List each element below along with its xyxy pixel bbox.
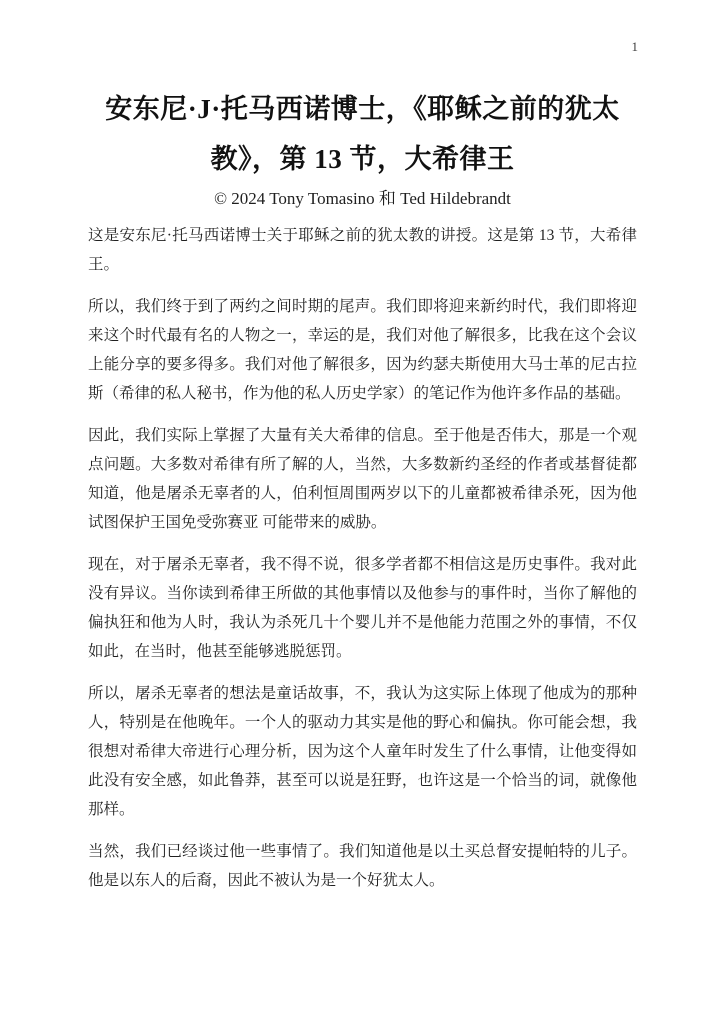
copyright-line: © 2024 Tony Tomasino 和 Ted Hildebrandt: [88, 187, 637, 211]
title-line-1: 安东尼·J·托马西诺博士，《耶稣之前的犹太: [88, 84, 637, 134]
document-page: 1 安东尼·J·托马西诺博士，《耶稣之前的犹太 教》，第 13 节，大希律王 ©…: [0, 0, 724, 1024]
paragraph: 所以，屠杀无辜者的想法是童话故事，不，我认为这实际上体现了他成为的那种人，特别是…: [88, 679, 637, 824]
paragraph: 这是安东尼·托马西诺博士关于耶稣之前的犹太教的讲授。这是第 13 节，大希律王。: [88, 221, 637, 279]
paragraph: 当然，我们已经谈过他一些事情了。我们知道他是以土买总督安提帕特的儿子。他是以东人…: [88, 837, 637, 895]
document-body: 这是安东尼·托马西诺博士关于耶稣之前的犹太教的讲授。这是第 13 节，大希律王。…: [88, 221, 637, 895]
title-line-2: 教》，第 13 节，大希律王: [88, 134, 637, 184]
page-content: 安东尼·J·托马西诺博士，《耶稣之前的犹太 教》，第 13 节，大希律王 © 2…: [88, 0, 637, 908]
document-title: 安东尼·J·托马西诺博士，《耶稣之前的犹太 教》，第 13 节，大希律王: [88, 84, 637, 184]
paragraph: 因此，我们实际上掌握了大量有关大希律的信息。至于他是否伟大，那是一个观点问题。大…: [88, 421, 637, 537]
paragraph: 所以，我们终于到了两约之间时期的尾声。我们即将迎来新约时代，我们即将迎来这个时代…: [88, 292, 637, 408]
paragraph: 现在，对于屠杀无辜者，我不得不说，很多学者都不相信这是历史事件。我对此没有异议。…: [88, 550, 637, 666]
